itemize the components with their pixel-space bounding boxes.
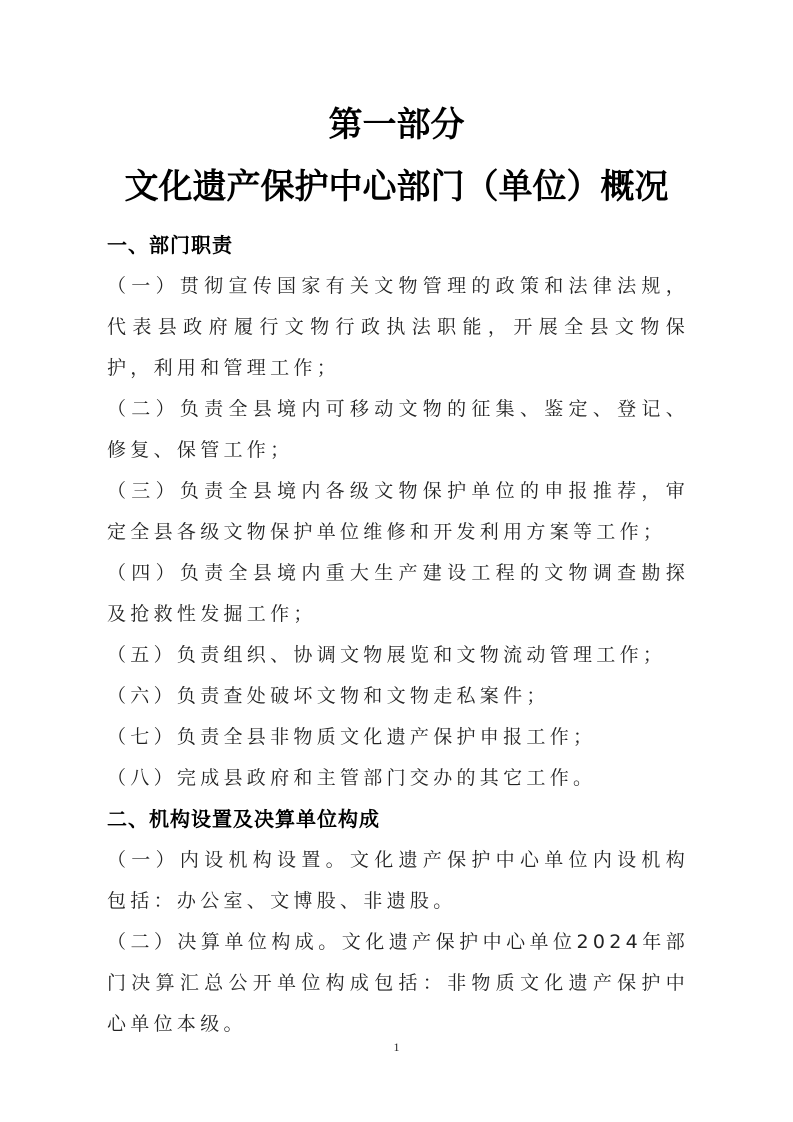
org-item-2: （二）决算单位构成。文化遗产保护中心单位2024年部门决算汇总公开单位构成包括：… — [107, 922, 689, 1045]
section-heading-organization: 二、机构设置及决算单位构成 — [107, 799, 689, 840]
part-title: 第一部分 — [0, 100, 793, 150]
section-heading-duties: 一、部门职责 — [107, 225, 689, 266]
duty-item-2: （二）负责全县境内可移动文物的征集、鉴定、登记、修复、保管工作； — [107, 389, 689, 471]
page-title: 文化遗产保护中心部门（单位）概况 — [0, 160, 793, 214]
org-item-1: （一）内设机构设置。文化遗产保护中心单位内设机构包括：办公室、文博股、非遗股。 — [107, 840, 689, 922]
document-body: 一、部门职责 （一）贯彻宣传国家有关文物管理的政策和法律法规，代表县政府履行文物… — [107, 225, 689, 1045]
duty-item-3: （三）负责全县境内各级文物保护单位的申报推荐，审定全县各级文物保护单位维修和开发… — [107, 471, 689, 553]
document-page: 第一部分 文化遗产保护中心部门（单位）概况 一、部门职责 （一）贯彻宣传国家有关… — [0, 0, 793, 1122]
duty-item-4: （四）负责全县境内重大生产建设工程的文物调查勘探及抢救性发掘工作； — [107, 553, 689, 635]
duty-item-5: （五）负责组织、协调文物展览和文物流动管理工作； — [107, 635, 689, 676]
duty-item-8: （八）完成县政府和主管部门交办的其它工作。 — [107, 758, 689, 799]
duty-item-7: （七）负责全县非物质文化遗产保护申报工作； — [107, 717, 689, 758]
duty-item-1: （一）贯彻宣传国家有关文物管理的政策和法律法规，代表县政府履行文物行政执法职能，… — [107, 266, 689, 389]
page-number: 1 — [0, 1040, 793, 1055]
duty-item-6: （六）负责查处破坏文物和文物走私案件； — [107, 676, 689, 717]
